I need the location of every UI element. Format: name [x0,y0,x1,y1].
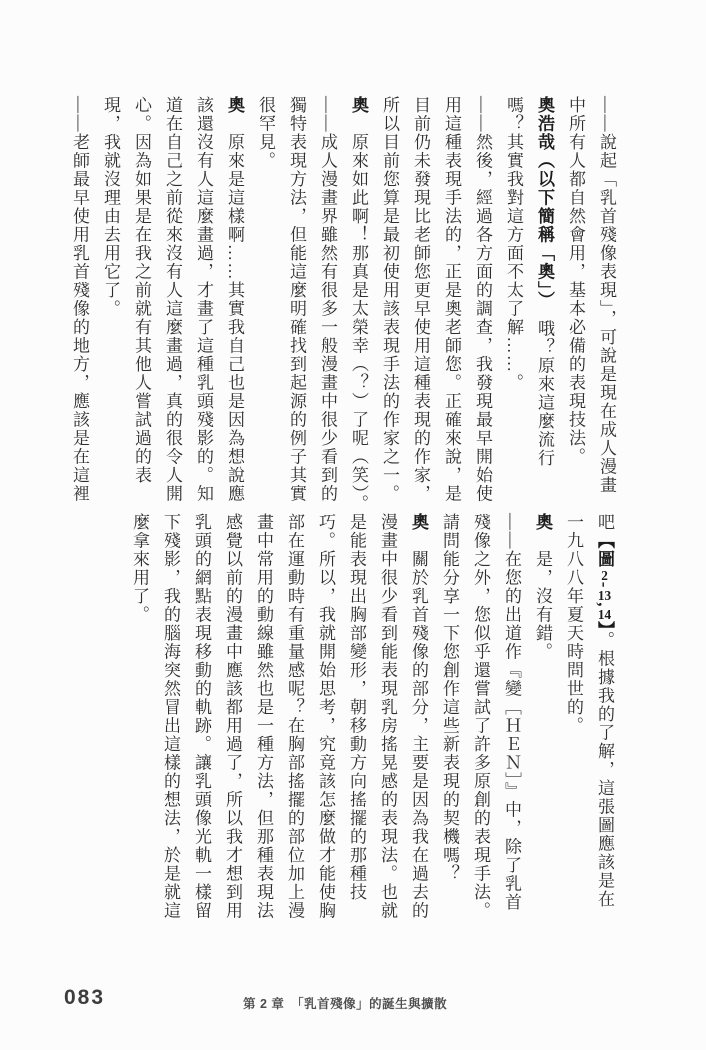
text-column: ——老師最早使用乳首殘像的地方，應該是在這裡 [64,96,95,512]
text-column: 吧【圖2-13,14】。根據我的了解，這張圖應該是在 [589,513,620,929]
emphasis-run: 2 [597,569,612,582]
text-run: 嗎？其實我對這方面不太了解……。 [504,96,523,392]
text-column: 很罕見。 [250,96,281,512]
text-run: 巧。所以，我就開始思考，究竟該怎麼做才能使胸 [316,513,335,920]
text-column: 奧 原來如此啊！那真是太榮幸（？）了呢（笑）。 [343,96,374,512]
text-run: 乳頭的網點表現移動的軌跡。讓乳頭像光軌一樣留 [192,513,211,920]
emphasis-run: - [595,582,614,589]
text-column: 感覺以前的漫畫中應該都用過了，所以我才想到用 [217,513,248,929]
emphasis-run: 【圖 [595,532,614,569]
text-column: 中所有人都自然會用，基本必備的表現技法。 [560,96,591,512]
text-column: 請問能分享一下您創作這些新表現的契機嗎？ [434,513,465,929]
text-run: ——成人漫畫界雖然有很多一般漫畫中很少看到的 [318,96,337,503]
text-run: ——在您的出道作『變［ＨＥＮ］』中，除了乳首 [502,513,521,912]
text-run: 漫畫中很少看到能表現乳房搖晃感的表現法。也就 [378,513,397,920]
text-run: 畫中常用的動線雖然也是一種方法，但那種表現法 [254,513,273,920]
text-run: 中所有人都自然會用，基本必備的表現技法。 [566,96,585,466]
text-column: 心。因為如果是在我之前就有其他人嘗試過的表 [126,96,157,512]
text-run: 麼拿來用了。 [130,513,149,624]
book-page: ——說起「乳首殘像表現」，可說是現在成人漫畫中所有人都自然會用，基本必備的表現技… [0,0,706,1050]
text-column: 麼拿來用了。 [124,513,155,929]
text-column: 該還沒有人這麼畫過，才畫了這種乳頭殘影的。知 [188,96,219,512]
text-run: 關於乳首殘像的部分，主要是因為我在過去的 [409,532,428,921]
emphasis-run: 】 [595,621,614,631]
emphasis-run: 奧 [225,96,244,115]
text-run: 原來是這樣啊……其實我自己也是因為想說應 [225,115,244,504]
text-run: 獨特表現方法，但能這麼明確找到起源的例子其實 [287,96,306,503]
text-column: 用這種表現手法的，正是奧老師您。正確來說，是 [436,96,467,512]
text-run: 該還沒有人這麼畫過，才畫了這種乳頭殘影的。知 [194,96,213,503]
text-run: 所以目前您算是最初使用該表現手法的作家之一。 [380,96,399,503]
text-column: 嗎？其實我對這方面不太了解……。 [498,96,529,512]
text-column: 下殘影，我的腦海突然冒出這樣的想法，於是就這 [155,513,186,929]
text-run: ——說起「乳首殘像表現」，可說是現在成人漫畫 [597,96,616,495]
text-run: 。根據我的了解，這張圖應該是在 [595,631,614,909]
text-run: 下殘影，我的腦海突然冒出這樣的想法，於是就這 [161,513,180,920]
text-column: 一九八八年夏天時問世的。 [558,513,589,929]
text-column: 奧 原來是這樣啊……其實我自己也是因為想說應 [219,96,250,512]
text-column: 乳頭的網點表現移動的軌跡。讓乳頭像光軌一樣留 [186,513,217,929]
text-column: 現，我就沒理由去用它了。 [95,96,126,512]
text-column: 道在自己之前從來沒有人這麼畫過，真的很令人開 [157,96,188,512]
text-run: 部在運動時有重量感呢？在胸部搖擺的部位加上漫 [285,513,304,920]
text-column: 殘像之外，您似乎還嘗試了許多原創的表現手法。 [465,513,496,929]
text-run: 是能表現出胸部變形，朝移動方向搖擺的那種技 [347,513,366,902]
text-run: 殘像之外，您似乎還嘗試了許多原創的表現手法。 [471,513,490,920]
chapter-footer: 第 2 章 「乳首殘像」的誕生與擴散 [243,994,447,1012]
text-run: 是，沒有錯。 [533,532,552,662]
text-run: 用這種表現手法的，正是奧老師您。正確來說，是 [442,96,461,503]
text-column: 巧。所以，我就開始思考，究竟該怎麼做才能使胸 [310,513,341,929]
emphasis-run: 13 [597,589,612,602]
band-bottom: 吧【圖2-13,14】。根據我的了解，這張圖應該是在一九八八年夏天時問世的。奧 … [124,513,620,929]
band-top: ——說起「乳首殘像表現」，可說是現在成人漫畫中所有人都自然會用，基本必備的表現技… [64,96,622,512]
text-run: 道在自己之前從來沒有人這麼畫過，真的很令人開 [163,96,182,503]
text-run: 感覺以前的漫畫中應該都用過了，所以我才想到用 [223,513,242,920]
text-column: 目前仍未發現比老師您更早使用這種表現的作家， [405,96,436,512]
text-run: 吧 [595,513,614,532]
text-run: 心。因為如果是在我之前就有其他人嘗試過的表 [132,96,151,485]
emphasis-run: 14 [597,608,612,621]
text-run: 一九八八年夏天時問世的。 [564,513,583,735]
text-column: 是能表現出胸部變形，朝移動方向搖擺的那種技 [341,513,372,929]
text-column: 畫中常用的動線雖然也是一種方法，但那種表現法 [248,513,279,929]
text-column: ——成人漫畫界雖然有很多一般漫畫中很少看到的 [312,96,343,512]
text-column: 所以目前您算是最初使用該表現手法的作家之一。 [374,96,405,512]
text-run: 請問能分享一下您創作這些新表現的契機嗎？ [440,513,459,883]
text-column: 奧浩哉（以下簡稱「奧」） 哦？原來這麼流行 [529,96,560,512]
text-run: 很罕見。 [256,96,275,170]
text-run: 原來如此啊！那真是太榮幸（？）了呢（笑）。 [349,115,368,514]
text-column: ——說起「乳首殘像表現」，可說是現在成人漫畫 [591,96,622,512]
emphasis-run: 奧 [533,513,552,532]
text-run: 哦？原來這麼流行 [535,301,554,468]
text-run: 目前仍未發現比老師您更早使用這種表現的作家， [411,96,430,503]
emphasis-run: 奧 [349,96,368,115]
text-column: 奧 是，沒有錯。 [527,513,558,929]
emphasis-run: 奧浩哉（以下簡稱「奧」） [535,96,554,301]
text-column: ——在您的出道作『變［ＨＥＮ］』中，除了乳首 [496,513,527,929]
text-column: 獨特表現方法，但能這麼明確找到起源的例子其實 [281,96,312,512]
page-number: 083 [64,986,105,1010]
text-column: 奧 關於乳首殘像的部分，主要是因為我在過去的 [403,513,434,929]
text-column: ——然後，經過各方面的調查，我發現最早開始使 [467,96,498,512]
text-column: 部在運動時有重量感呢？在胸部搖擺的部位加上漫 [279,513,310,929]
text-run: ——老師最早使用乳首殘像的地方，應該是在這裡 [70,96,89,503]
text-column: 漫畫中很少看到能表現乳房搖晃感的表現法。也就 [372,513,403,929]
text-run: 現，我就沒理由去用它了。 [101,96,120,318]
text-run: ——然後，經過各方面的調查，我發現最早開始使 [473,96,492,503]
emphasis-run: 奧 [409,513,428,532]
